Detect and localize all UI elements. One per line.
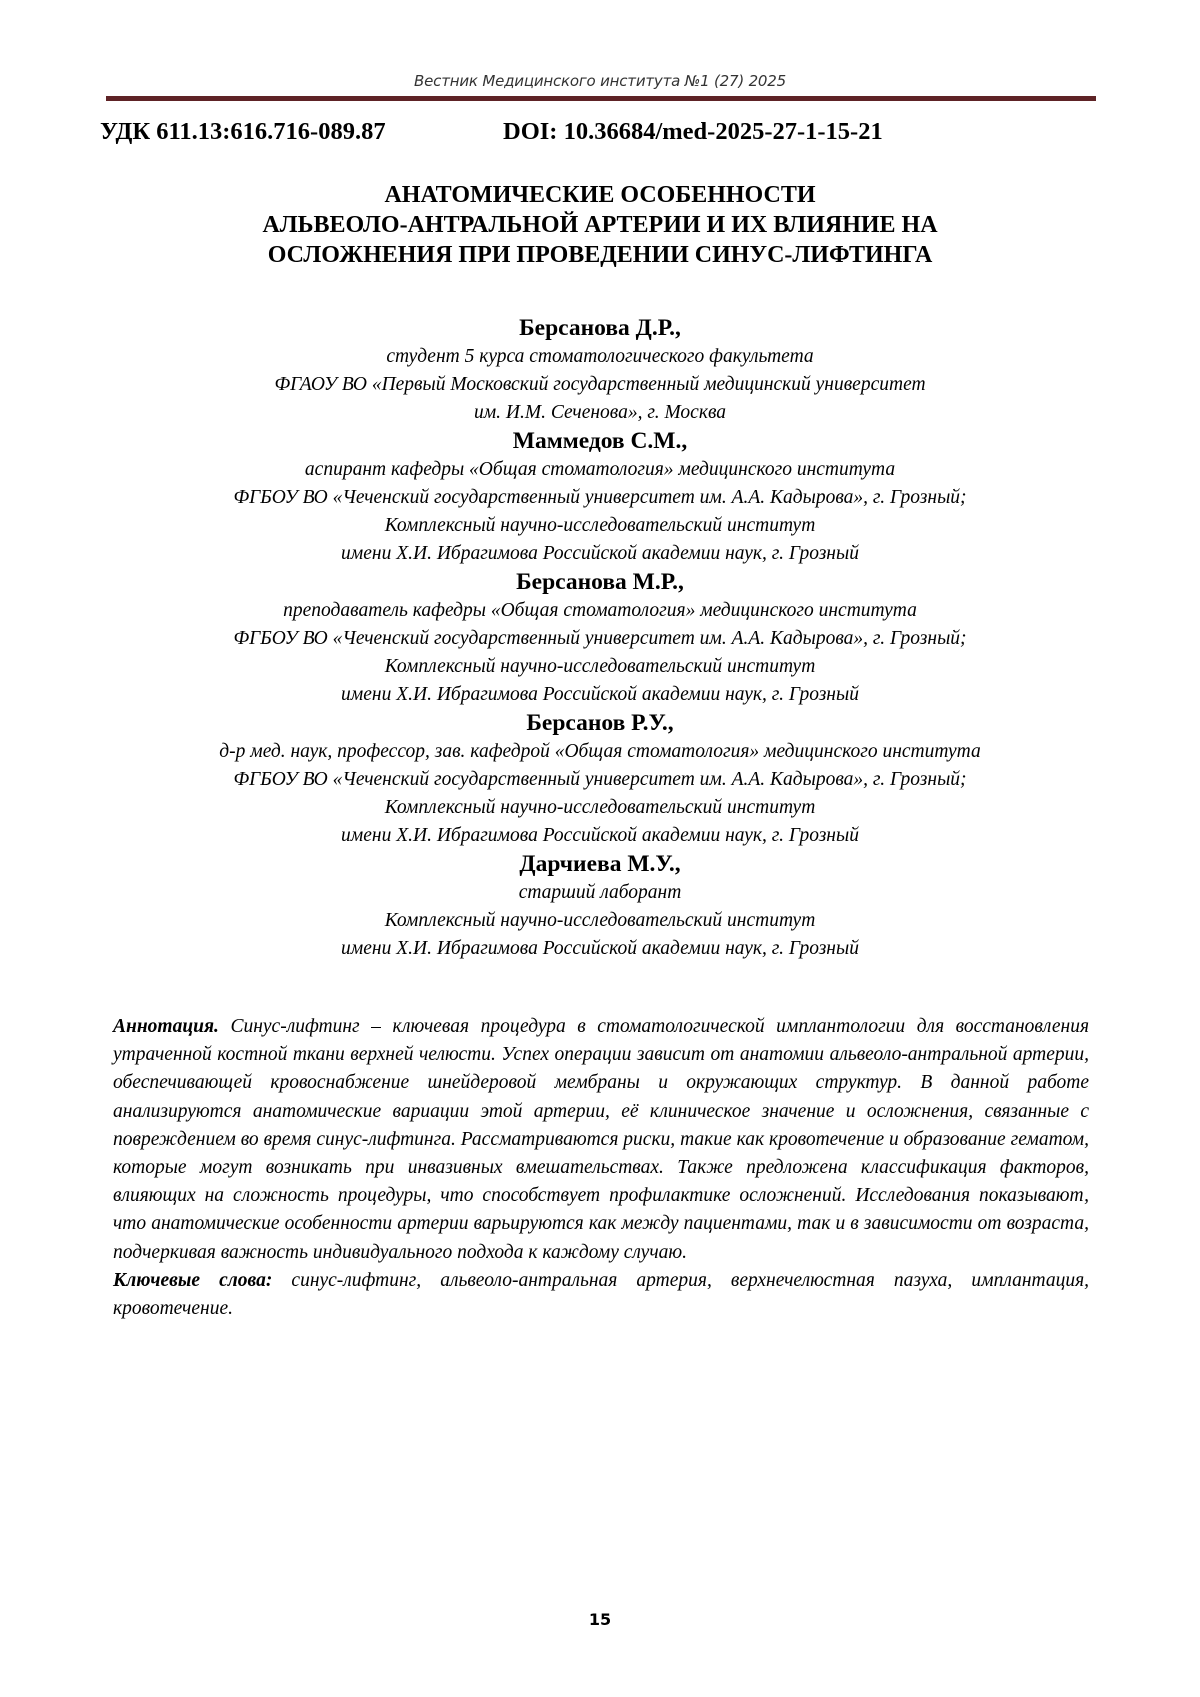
author-block: Берсанов Р.У., д-р мед. наук, профессор,… xyxy=(0,709,1200,850)
author-block: Берсанова М.Р., преподаватель кафедры «О… xyxy=(0,568,1200,709)
title-line: АНАТОМИЧЕСКИЕ ОСОБЕННОСТИ xyxy=(0,180,1200,210)
affiliation-line: Комплексный научно-исследовательский инс… xyxy=(0,907,1200,935)
affiliation-line: имени Х.И. Ибрагимова Российской академи… xyxy=(0,540,1200,568)
affiliation-line: преподаватель кафедры «Общая стоматологи… xyxy=(0,597,1200,625)
author-list: Берсанова Д.Р., студент 5 курса стоматол… xyxy=(0,314,1200,963)
author-name: Берсанов Р.У., xyxy=(0,709,1200,738)
affiliation-line: ФГБОУ ВО «Чеченский государственный унив… xyxy=(0,484,1200,512)
affiliation-line: имени Х.И. Ибрагимова Российской академи… xyxy=(0,935,1200,963)
affiliation-line: им. И.М. Сеченова», г. Москва xyxy=(0,399,1200,427)
author-name: Маммедов С.М., xyxy=(0,427,1200,456)
title-line: АЛЬВЕОЛО-АНТРАЛЬНОЙ АРТЕРИИ И ИХ ВЛИЯНИЕ… xyxy=(0,210,1200,240)
keywords-label: Ключевые слова: xyxy=(113,1270,272,1291)
page-number: 15 xyxy=(0,1610,1200,1629)
affiliation-line: Комплексный научно-исследовательский инс… xyxy=(0,653,1200,681)
abstract-label: Аннотация. xyxy=(113,1016,219,1037)
running-head: Вестник Медицинского института №1 (27) 2… xyxy=(0,72,1200,90)
author-block: Берсанова Д.Р., студент 5 курса стоматол… xyxy=(0,314,1200,427)
author-name: Берсанова Д.Р., xyxy=(0,314,1200,343)
affiliation-line: имени Х.И. Ибрагимова Российской академи… xyxy=(0,681,1200,709)
author-block: Маммедов С.М., аспирант кафедры «Общая с… xyxy=(0,427,1200,568)
affiliation-line: студент 5 курса стоматологического факул… xyxy=(0,343,1200,371)
title-line: ОСЛОЖНЕНИЯ ПРИ ПРОВЕДЕНИИ СИНУС-ЛИФТИНГА xyxy=(0,240,1200,270)
affiliation-line: аспирант кафедры «Общая стоматология» ме… xyxy=(0,456,1200,484)
author-block: Дарчиева М.У., старший лаборант Комплекс… xyxy=(0,850,1200,963)
affiliation-line: ФГБОУ ВО «Чеченский государственный унив… xyxy=(0,766,1200,794)
abstract-section: Аннотация. Синус-лифтинг – ключевая проц… xyxy=(113,1013,1089,1323)
affiliation-line: ФГАОУ ВО «Первый Московский государствен… xyxy=(0,371,1200,399)
affiliation-line: ФГБОУ ВО «Чеченский государственный унив… xyxy=(0,625,1200,653)
article-title: АНАТОМИЧЕСКИЕ ОСОБЕННОСТИ АЛЬВЕОЛО-АНТРА… xyxy=(0,180,1200,270)
affiliation-line: Комплексный научно-исследовательский инс… xyxy=(0,512,1200,540)
keywords-paragraph: Ключевые слова: синус-лифтинг, альвеоло-… xyxy=(113,1267,1089,1323)
affiliation-line: старший лаборант xyxy=(0,879,1200,907)
udk-code: УДК 611.13:616.716-089.87 xyxy=(100,118,386,146)
affiliation-line: д-р мед. наук, профессор, зав. кафедрой … xyxy=(0,738,1200,766)
abstract-paragraph: Аннотация. Синус-лифтинг – ключевая проц… xyxy=(113,1013,1089,1267)
author-name: Берсанова М.Р., xyxy=(0,568,1200,597)
doi: DOI: 10.36684/med-2025-27-1-15-21 xyxy=(503,118,883,146)
abstract-text: Синус-лифтинг – ключевая процедура в сто… xyxy=(113,1016,1089,1263)
affiliation-line: имени Х.И. Ибрагимова Российской академи… xyxy=(0,822,1200,850)
header-rule xyxy=(106,96,1096,101)
author-name: Дарчиева М.У., xyxy=(0,850,1200,879)
affiliation-line: Комплексный научно-исследовательский инс… xyxy=(0,794,1200,822)
